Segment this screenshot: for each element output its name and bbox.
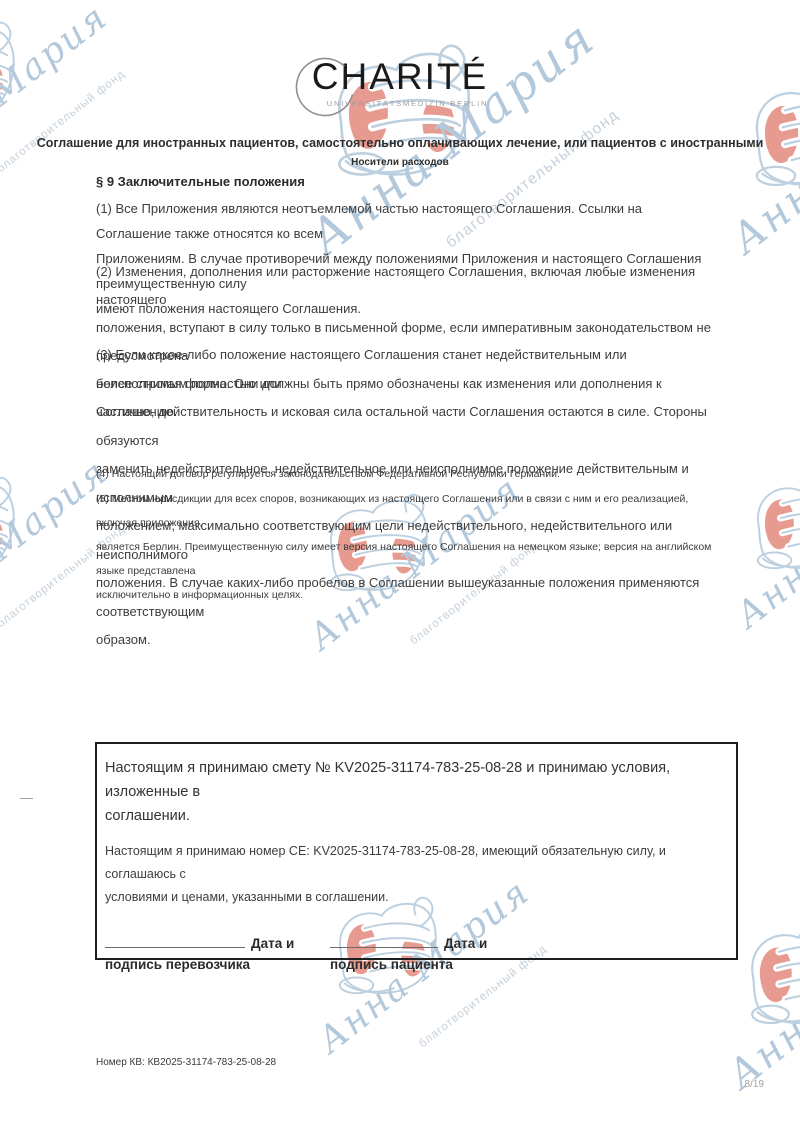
watermark-group: Анна Мария благотворительный фонд [745, 470, 800, 645]
carrier-date-label: Дата и [251, 936, 294, 951]
patient-signature-line [330, 933, 438, 948]
footer-kv-number: Номер КВ: КВ2025-31174-783-25-08-28 [96, 1057, 276, 1068]
charite-logo-block: CHARITÉ UNIVERSITÄTSMEDIZIN BERLIN [0, 58, 800, 108]
acceptance-box: Настоящим я принимаю смету № KV2025-3117… [95, 742, 738, 960]
signature-block-carrier: Дата и подпись перевозчика [105, 933, 330, 972]
document-subtitle: Носители расходов [0, 157, 800, 168]
acceptance-statement-primary: Настоящим я принимаю смету № KV2025-3117… [105, 756, 724, 828]
paragraph: (5) Местом юрисдикции для всех споров, в… [96, 487, 714, 607]
section-heading: § 9 Заключительные положения [96, 174, 305, 189]
document-title: Соглашение для иностранных пациентов, са… [0, 136, 800, 150]
patient-date-label: Дата и [444, 936, 487, 951]
signature-row: Дата и подпись перевозчика Дата и подпис… [105, 933, 724, 972]
document-page: Анна Мария благотворительный фонд [0, 0, 800, 1131]
carrier-signature-label: подпись перевозчика [105, 957, 330, 972]
page-indicator: 8/19 [745, 1079, 764, 1090]
charite-c-arc-icon [294, 57, 356, 119]
margin-dash: — [20, 790, 33, 805]
acceptance-statement-secondary: Настоящим я принимаю номер CE: KV2025-31… [105, 840, 724, 909]
patient-signature-label: подпись пациента [330, 957, 487, 972]
paragraph: (4) Настоящий договор регулируется закон… [96, 462, 714, 486]
carrier-signature-line [105, 933, 245, 948]
signature-block-patient: Дата и подпись пациента [330, 933, 487, 972]
